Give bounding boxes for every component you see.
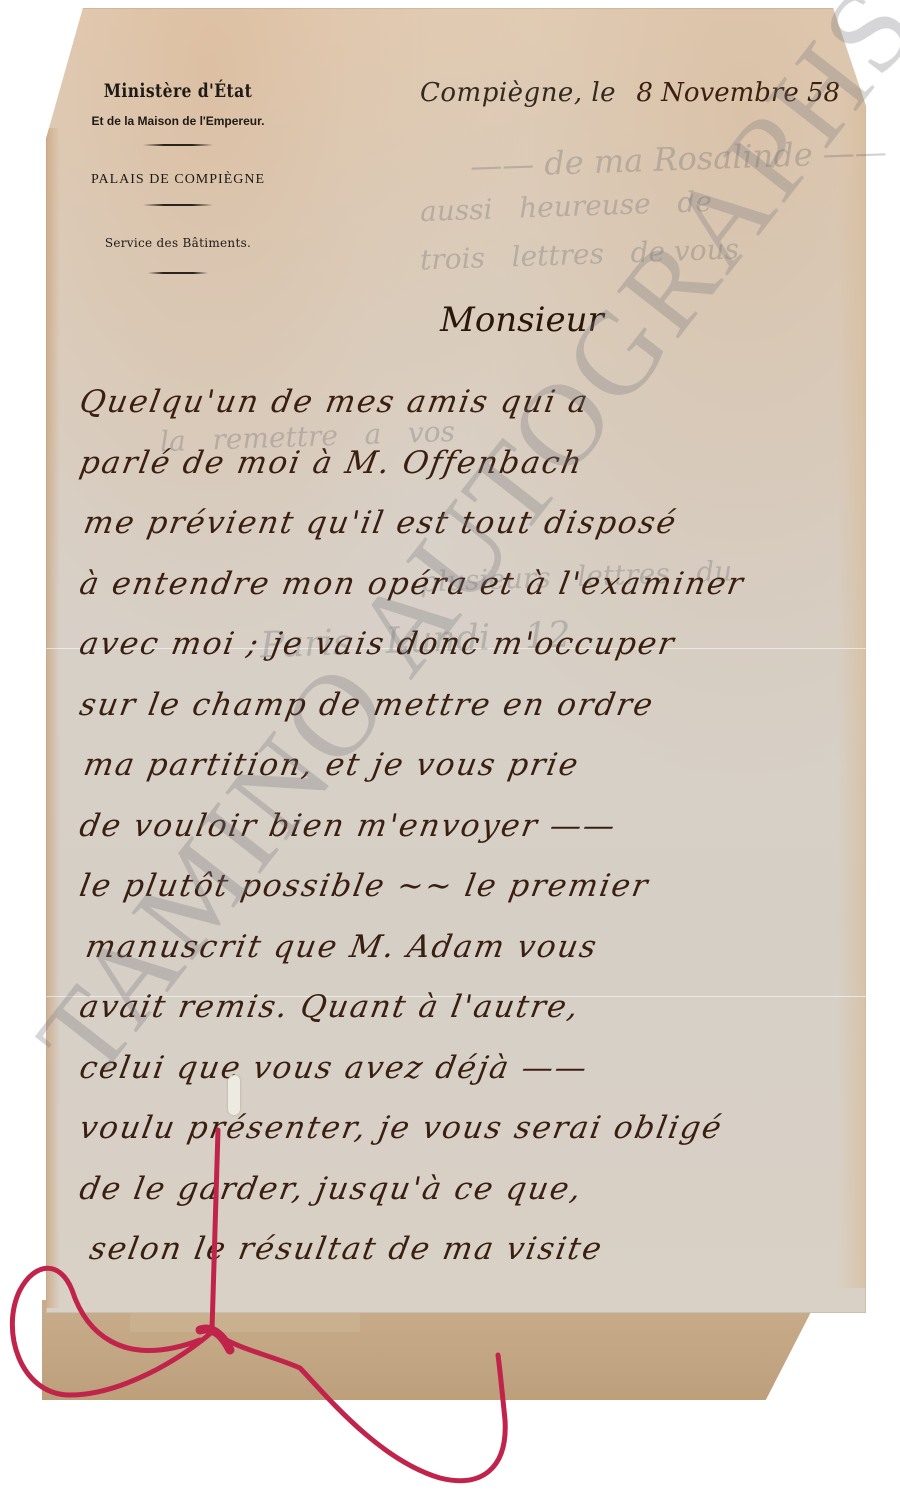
letterhead-ornament [143,144,213,146]
letterhead-title: Ministère d'État [80,80,277,102]
salutation: Monsieur [440,300,604,340]
body-line: me prévient qu'il est tout disposé [75,493,846,554]
body-line: le plutôt possible ~~ le premier [75,856,846,917]
body-line: à entendre mon opéra et à l'examiner [75,554,846,615]
dateline-place: Compiègne, le [420,78,616,108]
dateline: Compiègne, le 8 Novembre 58 [420,78,840,108]
dateline-date: 8 Novembre 58 [636,78,840,108]
letterhead-ornament [148,272,208,274]
letterhead-palace: PALAIS DE COMPIÈGNE [58,172,298,188]
body-line: selon le résultat de ma visite [75,1219,846,1280]
body-line: sur le champ de mettre en ordre [75,675,846,736]
body-line: de vouloir bien m'envoyer —— [75,796,846,857]
body-line: manuscrit que M. Adam vous [75,917,846,978]
body-line: Quelqu'un de mes amis qui a [75,372,846,433]
string-hole [228,1075,240,1115]
body-line: avec moi ; je vais donc m'occuper [75,614,846,675]
letterhead-service: Service des Bâtiments. [58,236,298,250]
body-line: avait remis. Quant à l'autre, [75,977,846,1038]
body-line: voulu présenter, je vous serai obligé [75,1098,846,1159]
body-line: celui que vous avez déjà —— [75,1038,846,1099]
body-line: de le garder, jusqu'à ce que, [75,1159,846,1220]
letterhead-subtitle: Et de la Maison de l'Empereur. [58,114,298,128]
letterhead: Ministère d'État Et de la Maison de l'Em… [58,80,298,274]
body-line: parlé de moi à M. Offenbach [75,433,846,494]
sheet-left-edge-stain [46,128,60,1308]
letterhead-ornament [143,204,213,206]
body-line: ma partition, et je vous prie [75,735,846,796]
letter-body: Quelqu'un de mes amis qui a parlé de moi… [80,372,840,1280]
